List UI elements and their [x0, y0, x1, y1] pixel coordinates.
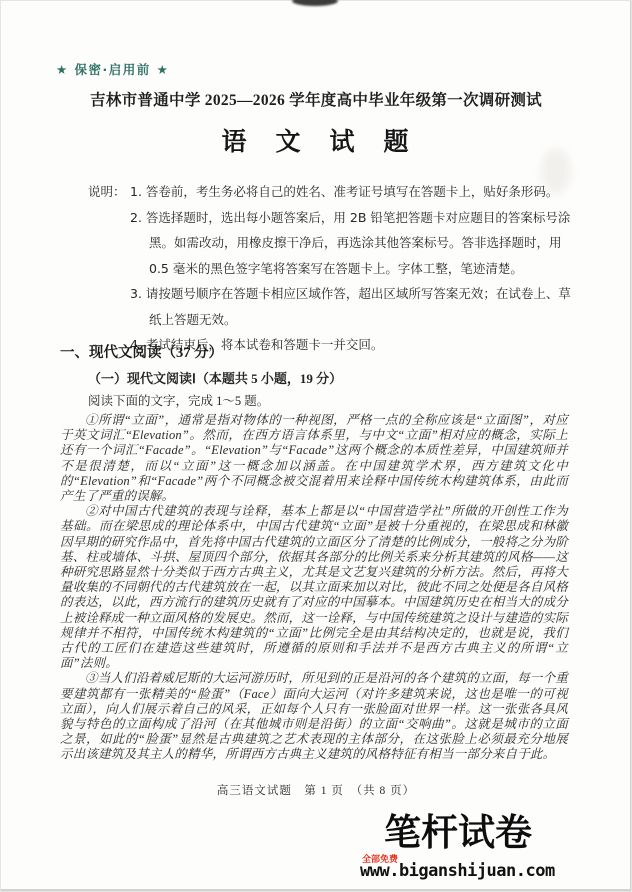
passage-paragraph-2: ②对中国古代建筑的表现与诠释，基本上都是以“中国营造学社”所做的开创性工作为基础… [60, 504, 568, 671]
security-notice: ★ 保密·启用前 ★ [56, 60, 169, 78]
subject-title: 语 文 试 题 [0, 122, 632, 158]
exam-paper-page: ★ 保密·启用前 ★ 吉林市普通中学 2025—2026 学年度高中毕业年级第一… [0, 0, 632, 892]
passage-paragraph-3: ③当人们沿着威尼斯的大运河游历时，所见到的正是沿河的各个建筑的立面，每一个重要建… [60, 671, 568, 762]
passage-lead-in: 阅读下面的文字，完成 1～5 题。 [88, 391, 568, 409]
reading-passage: ①所谓“立面”，通常是指对物体的一种视图，严格一点的全称应该是“立面图”，对应于… [60, 413, 568, 763]
instruction-item-3: 3. 请按题号顺序在答题卡相应区域作答，超出区域所写答案无效；在试卷上、草纸上答… [130, 281, 574, 332]
instruction-item-1: 1. 答卷前，考生务必将自己的姓名、准考证号填写在答题卡上，贴好条形码。 [130, 179, 574, 205]
section-heading: 一、现代文阅读（37 分） [60, 341, 568, 362]
page-footer: 高三语文试题 第 1 页 （共 8 页） [0, 782, 632, 798]
reading-section: 一、现代文阅读（37 分） （一）现代文阅读Ⅰ（本题共 5 小题，19 分） 阅… [60, 341, 568, 763]
exam-session-title: 吉林市普通中学 2025—2026 学年度高中毕业年级第一次调研测试 [0, 88, 632, 110]
instructions-list: 说明： 1. 答卷前，考生务必将自己的姓名、准考证号填写在答题卡上，贴好条形码。… [88, 179, 574, 358]
watermark-brand: 笔杆试卷 [384, 814, 532, 851]
instruction-item-2: 2. 答选择题时，选出每小题答案后，用 2B 铅笔把答题卡对应题目的答案标号涂黑… [130, 205, 574, 282]
subsection-heading: （一）现代文阅读Ⅰ（本题共 5 小题，19 分） [88, 368, 568, 387]
scan-smudge-top [292, 0, 338, 6]
watermark-url: www.biganshijuan.com [360, 861, 555, 881]
passage-paragraph-1: ①所谓“立面”，通常是指对物体的一种视图，严格一点的全称应该是“立面图”，对应于… [60, 413, 568, 504]
instructions-block: 说明： 1. 答卷前，考生务必将自己的姓名、准考证号填写在答题卡上，贴好条形码。… [88, 179, 574, 358]
instructions-label: 说明： [88, 179, 126, 205]
watermark: 笔杆试卷 全部免费 www.biganshijuan.com [358, 814, 632, 888]
